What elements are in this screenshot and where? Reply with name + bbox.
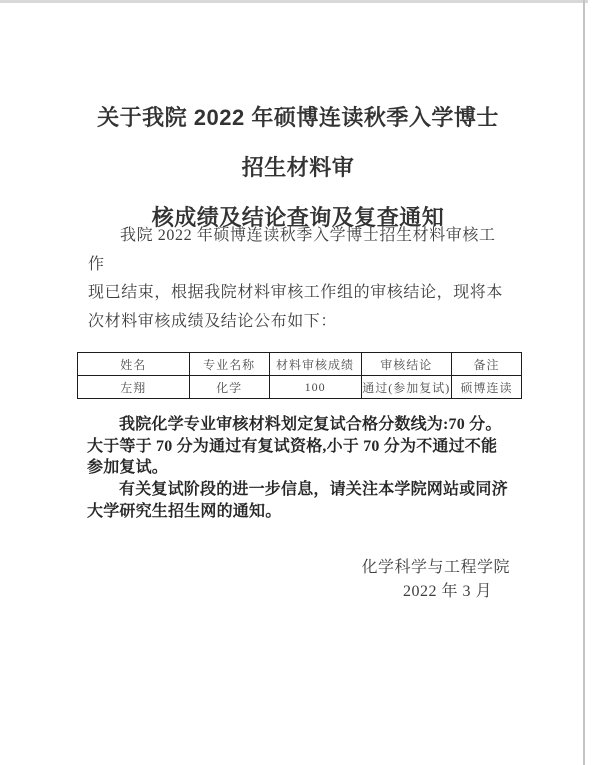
table-row: 左翔 化学 100 通过(参加复试) 硕博连读 [78, 376, 522, 399]
intro-line-3: 次材料审核成绩及结论公布如下： [88, 308, 512, 337]
document-title-line-1: 关于我院 2022 年硕博连读秋季入学博士招生材料审 [86, 93, 510, 193]
header-name: 姓名 [78, 353, 190, 376]
cell-result: 通过(参加复试) [361, 376, 452, 399]
signature-block: 化学科学与工程学院 2022 年 3 月 [88, 556, 510, 604]
header-result: 审核结论 [361, 353, 452, 376]
notice-document-page: 关于我院 2022 年硕博连读秋季入学博士招生材料审 核成绩及结论查询及复查通知… [0, 0, 595, 765]
header-note: 备注 [452, 353, 522, 376]
cell-major: 化学 [189, 376, 269, 399]
intro-line-1: 我院 2022 年硕博连读秋季入学博士招生材料审核工作 [88, 222, 512, 279]
cell-score: 100 [269, 376, 361, 399]
page-right-edge [583, 0, 585, 765]
notice-line-1: 我院化学专业审核材料划定复试合格分数线为:70 分。 [87, 414, 517, 436]
cell-name: 左翔 [78, 376, 190, 399]
notice-line-4: 有关复试阶段的进一步信息，请关注本学院网站或同济 [87, 479, 517, 501]
header-score: 材料审核成绩 [269, 353, 361, 376]
cell-note: 硕博连读 [452, 376, 522, 399]
intro-paragraph: 我院 2022 年硕博连读秋季入学博士招生材料审核工作 现已结束，根据我院材料审… [88, 222, 512, 336]
table-header-row: 姓名 专业名称 材料审核成绩 审核结论 备注 [78, 353, 522, 376]
page-top-edge [0, 0, 588, 3]
document-title: 关于我院 2022 年硕博连读秋季入学博士招生材料审 核成绩及结论查询及复查通知 [86, 93, 510, 243]
notice-line-3: 参加复试。 [87, 457, 517, 479]
notice-line-5: 大学研究生招生网的通知。 [87, 501, 517, 523]
signature-org: 化学科学与工程学院 [88, 556, 510, 580]
header-major: 专业名称 [189, 353, 269, 376]
review-results-table: 姓名 专业名称 材料审核成绩 审核结论 备注 左翔 化学 100 通过(参加复试… [77, 352, 522, 399]
signature-date: 2022 年 3 月 [88, 580, 510, 604]
intro-line-2: 现已结束，根据我院材料审核工作组的审核结论，现将本 [88, 279, 512, 308]
notice-paragraphs: 我院化学专业审核材料划定复试合格分数线为:70 分。 大于等于 70 分为通过有… [87, 414, 517, 523]
notice-line-2: 大于等于 70 分为通过有复试资格,小于 70 分为不通过不能 [87, 436, 517, 458]
